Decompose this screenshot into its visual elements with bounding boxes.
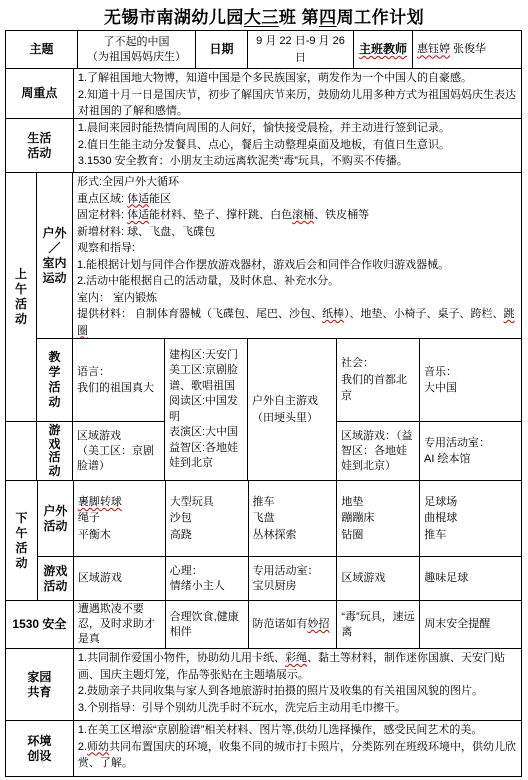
home-coop-row: 家园共育 1.共同制作爱国小物件，协助幼儿用卡纸、彩绳、黏土等材料，制作迷你国旗… bbox=[6, 649, 522, 721]
teaching-music-cell: 音乐：大中国 bbox=[420, 339, 522, 422]
pm-games-label: 游戏活动 bbox=[38, 557, 74, 601]
activity-corners-cell: 建构区:天安门美工区:京剧脸谱、歌唱祖国阅读区:中国发明表演区:大中国益智区:各… bbox=[165, 339, 248, 481]
life-activity-label: 生活活动 bbox=[6, 119, 74, 173]
theme-value-cell: 了不起的中国（为祖国妈妈庆生） bbox=[78, 31, 196, 69]
safety-1530-row: 1530 安全 遭遇欺凌不要忍，及时求助才是真 合理饮食,健康相伴 防范诺如有妙… bbox=[6, 601, 522, 649]
teacher-label-cell: 主班教师 bbox=[354, 31, 413, 69]
weekly-focus-row: 周重点 1.了解祖国地大物博，知道中国是个多民族国家，萌发作为一个中国人的自豪感… bbox=[6, 69, 522, 119]
pm-outdoor-tue-cell: 大型玩具沙包高跷 bbox=[166, 481, 249, 557]
work-plan-table: 主题 了不起的中国（为祖国妈妈庆生） 日期 9 月 22 日-9 月 26 日 … bbox=[5, 30, 522, 777]
document-page: 无锡市南湖幼儿园大三班 第四周工作计划 主题 了不起的中国（为祖国妈妈庆生） 日… bbox=[0, 0, 528, 780]
pm-outdoor-fri-cell: 足球场曲棍球推车 bbox=[420, 481, 522, 557]
pm-outdoor-label: 户外活动 bbox=[38, 481, 74, 557]
pm-games-mon-cell: 区域游戏 bbox=[74, 557, 166, 601]
pm-outdoor-mon-cell: 裹脚转球绳子平衡木 bbox=[74, 481, 166, 557]
safety-1530-label: 1530 安全 bbox=[6, 601, 74, 649]
pm-outdoor-wed-cell: 推车飞盘丛林探索 bbox=[249, 481, 338, 557]
pm-outdoor-thu-cell: 地垫蹦蹦床钻圈 bbox=[337, 481, 420, 557]
special-room-cell: 专用活动室：AI 绘本馆 bbox=[420, 422, 522, 481]
pm-games-fri-cell: 趣味足球 bbox=[420, 557, 522, 601]
date-label-cell: 日期 bbox=[196, 31, 248, 69]
teaching-label: 教学活动 bbox=[37, 339, 73, 422]
safety-tue-cell: 合理饮食,健康相伴 bbox=[166, 601, 249, 649]
date-value-cell: 9 月 22 日-9 月 26 日 bbox=[248, 31, 354, 69]
environment-row: 环境创设 1.在美工区增添“京剧脸谱”相关材料、图片等,供幼儿选择操作，感受民间… bbox=[6, 721, 522, 777]
teaching-language-cell: 语言：我们的祖国真大 bbox=[73, 339, 165, 422]
pm-games-tue-cell: 心理：情绪小主人 bbox=[166, 557, 249, 601]
sport-content: 形式:全园户外大循环重点区域: 体适能区固定材料: 体适能材料、垫子、撑杆跳、白… bbox=[73, 173, 522, 339]
safety-thu-cell: “毒”玩具，速远离 bbox=[337, 601, 420, 649]
teacher-name-cell: 惠钰婷 张俊华 bbox=[413, 31, 522, 69]
safety-mon-cell: 遭遇欺凌不要忍，及时求助才是真 bbox=[74, 601, 166, 649]
weekly-focus-label: 周重点 bbox=[6, 69, 74, 119]
morning-teaching-games-rows: 教学活动 游戏活动 语言：我们的祖国真大 区域游戏（美工区：京剧脸谱） 建构区:… bbox=[37, 339, 522, 481]
morning-band: 上午活动 户外／室内运动 形式:全园户外大循环重点区域: 体适能区固定材料: 体… bbox=[6, 173, 522, 481]
morning-band-label: 上午活动 bbox=[6, 173, 37, 422]
life-activity-content: 1.晨间来园时能热情向周围的人问好，愉快接受晨检，并主动进行签到记录。2.值日生… bbox=[74, 119, 522, 173]
home-coop-content: 1.共同制作爱国小物件，协助幼儿用卡纸、彩绳、黏土等材料，制作迷你国旗、天安门贴… bbox=[74, 649, 522, 721]
teaching-social-cell: 社会：我们的首都北京 bbox=[337, 339, 420, 422]
home-coop-label: 家园共育 bbox=[6, 649, 74, 721]
safety-fri-cell: 周末安全提醒 bbox=[420, 601, 522, 649]
pm-games-thu-cell: 区域游戏 bbox=[337, 557, 420, 601]
safety-wed-cell: 防范诺如有妙招 bbox=[249, 601, 338, 649]
pm-games-wed-cell: 专用活动室：宝贝厨房 bbox=[249, 557, 338, 601]
empty-cell bbox=[6, 422, 37, 481]
afternoon-band-label: 下午活动 bbox=[6, 481, 38, 601]
environment-content: 1.在美工区增添“京剧脸谱”相关材料、图片等,供幼儿选择操作，感受民间艺术的美。… bbox=[74, 721, 522, 777]
games-regional2-cell: 区域游戏：（益智区：各地娃娃到北京） bbox=[337, 422, 420, 481]
environment-label: 环境创设 bbox=[6, 721, 74, 777]
header-row: 主题 了不起的中国（为祖国妈妈庆生） 日期 9 月 22 日-9 月 26 日 … bbox=[6, 31, 522, 69]
theme-label-cell: 主题 bbox=[6, 31, 78, 69]
outdoor-free-play-cell: 户外自主游戏（田埂头里） bbox=[248, 339, 337, 481]
life-activity-row: 生活活动 1.晨间来园时能热情向周围的人问好，愉快接受晨检，并主动进行签到记录。… bbox=[6, 119, 522, 173]
morning-games-label: 游戏活动 bbox=[37, 422, 73, 481]
sport-label: 户外／室内运动 bbox=[37, 173, 73, 339]
document-title: 无锡市南湖幼儿园大三班 第四周工作计划 bbox=[0, 0, 528, 30]
morning-sport-row: 户外／室内运动 形式:全园户外大循环重点区域: 体适能区固定材料: 体适能材料、… bbox=[37, 173, 522, 339]
weekly-focus-content: 1.了解祖国地大物博，知道中国是个多民族国家，萌发作为一个中国人的自豪感。2.知… bbox=[74, 69, 522, 119]
games-regional-cell: 区域游戏（美工区：京剧脸谱） bbox=[73, 422, 165, 481]
afternoon-band: 下午活动 户外活动 游戏活动 裹脚转球绳子平衡木 区域游戏 大型玩具沙包高跷 心… bbox=[6, 481, 522, 601]
